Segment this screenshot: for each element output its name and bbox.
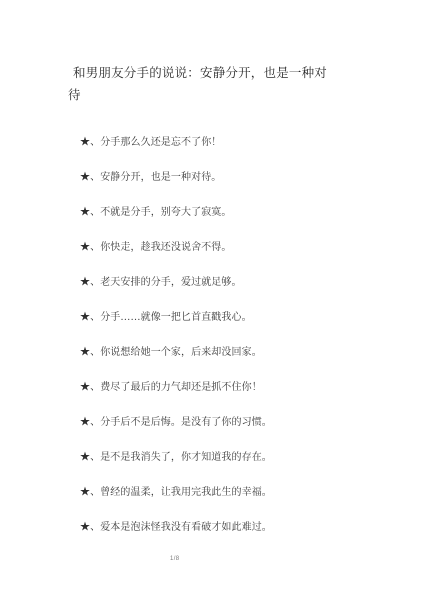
document-page: 和男朋友分手的说说：安静分开，也是一种对待 ★、分手那么久还是忘不了你！ ★、安… [0, 0, 424, 600]
quote-text: 分手那么久还是忘不了你！ [100, 137, 221, 148]
star-bullet-icon: ★、 [80, 312, 100, 323]
quote-item: ★、分手……就像一把匕首直戳我心。 [80, 312, 400, 347]
star-bullet-icon: ★、 [80, 522, 100, 533]
quote-text: 是不是我消失了，你才知道我的存在。 [100, 452, 272, 463]
quote-item: ★、曾经的温柔，让我用完我此生的幸福。 [80, 487, 400, 522]
star-bullet-icon: ★、 [80, 452, 100, 463]
star-bullet-icon: ★、 [80, 172, 100, 183]
quote-list: ★、分手那么久还是忘不了你！ ★、安静分开，也是一种对待。 ★、不就是分手，别夸… [80, 137, 400, 557]
quote-item: ★、你说想给她一个家，后来却没回家。 [80, 347, 400, 382]
quote-item: ★、老天安排的分手，爱过就足够。 [80, 277, 400, 312]
quote-item: ★、不就是分手，别夸大了寂寞。 [80, 207, 400, 242]
quote-item: ★、费尽了最后的力气却还是抓不住你！ [80, 382, 400, 417]
star-bullet-icon: ★、 [80, 382, 100, 393]
quote-item: ★、安静分开，也是一种对待。 [80, 172, 400, 207]
quote-text: 老天安排的分手，爱过就足够。 [100, 277, 241, 288]
quote-text: 分手后不是后悔。是没有了你的习惯。 [100, 417, 272, 428]
star-bullet-icon: ★、 [80, 277, 100, 288]
quote-item: ★、分手那么久还是忘不了你！ [80, 137, 400, 172]
quote-item: ★、爱本是泡沫怪我没有看破才如此难过。 [80, 522, 400, 557]
star-bullet-icon: ★、 [80, 137, 100, 148]
page-number-indicator: 1/8 [170, 556, 180, 563]
quote-text: 曾经的温柔，让我用完我此生的幸福。 [100, 487, 272, 498]
document-title: 和男朋友分手的说说：安静分开，也是一种对待 [68, 62, 328, 106]
star-bullet-icon: ★、 [80, 487, 100, 498]
quote-item: ★、分手后不是后悔。是没有了你的习惯。 [80, 417, 400, 452]
quote-text: 爱本是泡沫怪我没有看破才如此难过。 [100, 522, 272, 533]
quote-text: 你说想给她一个家，后来却没回家。 [100, 347, 262, 358]
star-bullet-icon: ★、 [80, 242, 100, 253]
star-bullet-icon: ★、 [80, 417, 100, 428]
quote-item: ★、是不是我消失了，你才知道我的存在。 [80, 452, 400, 487]
quote-text: 安静分开，也是一种对待。 [100, 172, 221, 183]
quote-text: 费尽了最后的力气却还是抓不住你！ [100, 382, 262, 393]
quote-text: 你快走，趁我还没说舍不得。 [100, 242, 231, 253]
star-bullet-icon: ★、 [80, 207, 100, 218]
quote-text: 分手……就像一把匕首直戳我心。 [100, 312, 252, 323]
quote-text: 不就是分手，别夸大了寂寞。 [100, 207, 231, 218]
star-bullet-icon: ★、 [80, 347, 100, 358]
quote-item: ★、你快走，趁我还没说舍不得。 [80, 242, 400, 277]
